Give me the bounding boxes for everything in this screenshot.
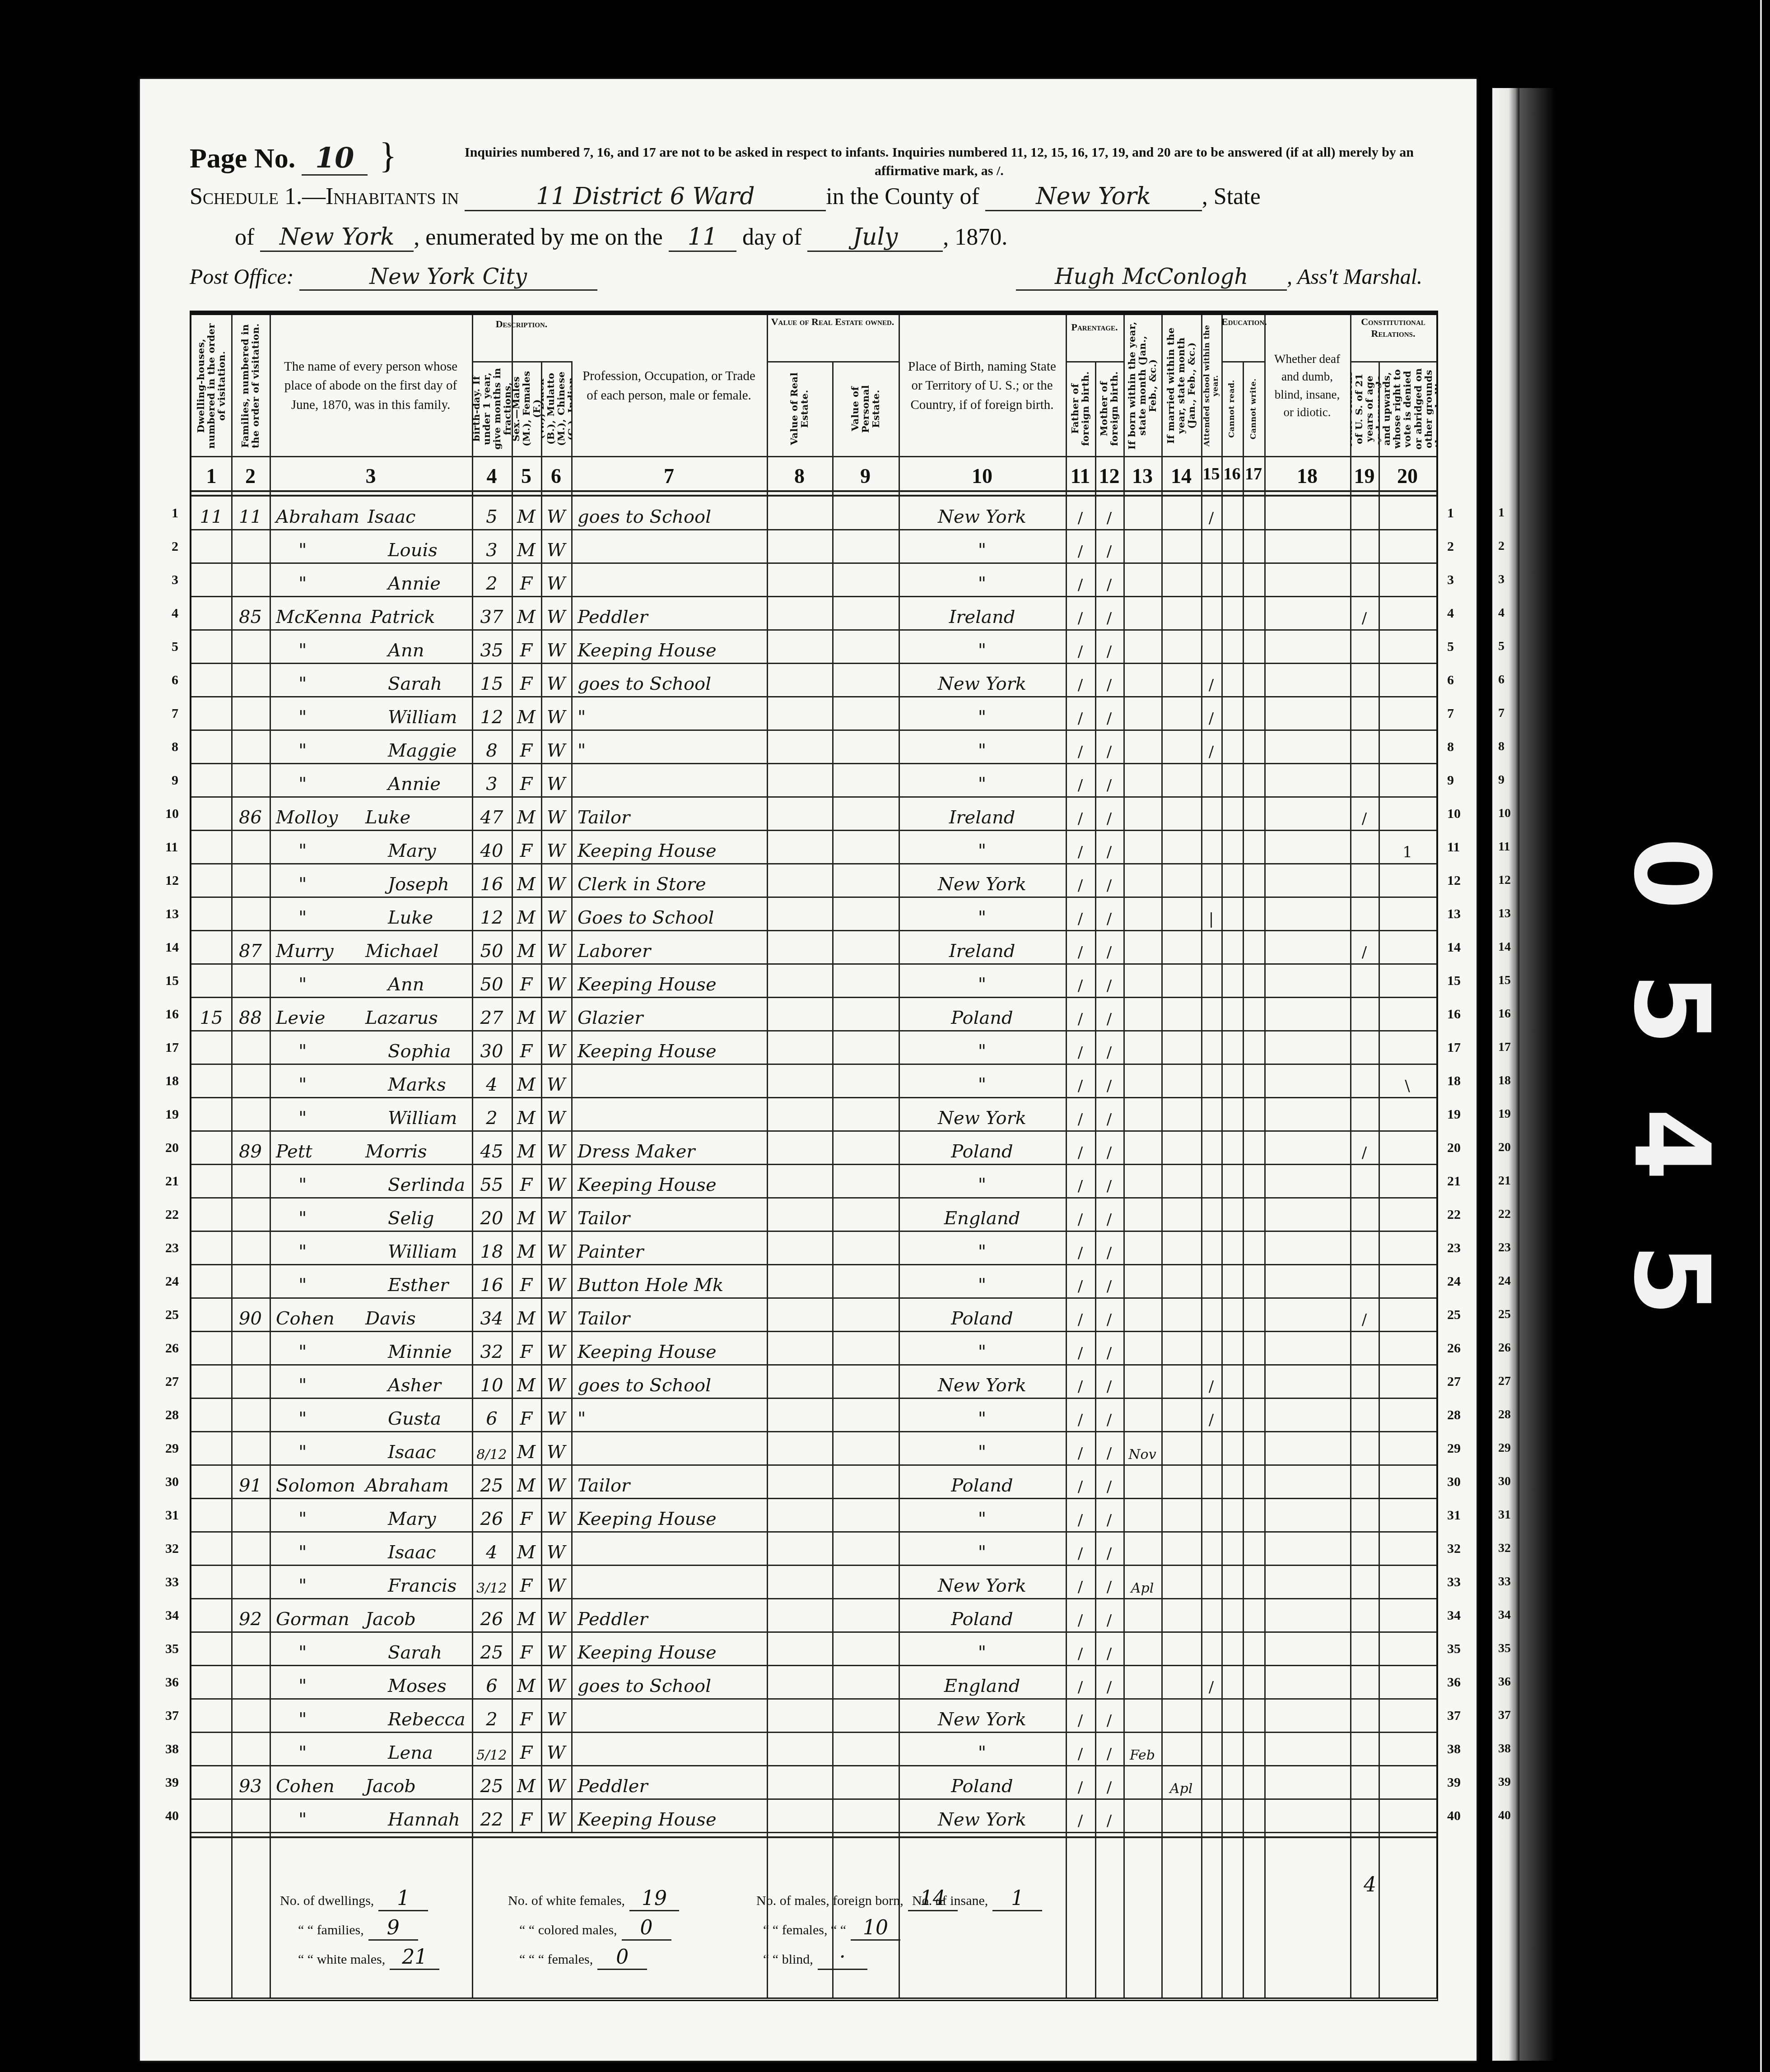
sex: F (512, 964, 541, 998)
column-number-6: 6 (541, 464, 571, 488)
color: W (541, 1365, 571, 1398)
age: 3 (472, 764, 512, 797)
citizen-mark: / (1350, 797, 1379, 831)
occupation: Keeping House (571, 1165, 767, 1198)
mother-foreign-mark: / (1095, 1031, 1123, 1064)
sex: F (512, 1566, 541, 1599)
surname: " (276, 1642, 380, 1663)
column-header-10: Place of Birth, naming State or Territor… (899, 317, 1066, 454)
dwelling-number (191, 1566, 231, 1599)
summary-label-text: No. of dwellings, (280, 1893, 374, 1908)
line-number-right: 14 (1447, 940, 1461, 955)
birthplace: Ireland (899, 931, 1066, 964)
line-number-left: 36 (165, 1675, 179, 1690)
citizen-mark (1350, 1499, 1379, 1532)
mother-foreign-mark: / (1095, 831, 1123, 864)
vote-denied-mark (1379, 630, 1436, 664)
line-number-left: 32 (165, 1541, 179, 1556)
family-number (231, 1398, 270, 1432)
age: 45 (472, 1131, 512, 1165)
color: W (541, 1098, 571, 1131)
line-number-right: 17 (1447, 1040, 1461, 1055)
mother-foreign-mark: / (1095, 1265, 1123, 1298)
sex: F (512, 1165, 541, 1198)
color: W (541, 1398, 571, 1432)
father-foreign-mark: / (1066, 1499, 1095, 1532)
color: W (541, 1432, 571, 1465)
father-foreign-mark: / (1066, 530, 1095, 563)
line-number-left: 8 (172, 739, 178, 755)
mother-foreign-mark: / (1095, 1365, 1123, 1398)
adjacent-page-line-number: 28 (1498, 1408, 1511, 1422)
occupation: goes to School (571, 1666, 767, 1699)
color: W (541, 1666, 571, 1699)
family-number (231, 1799, 270, 1833)
line-number-left: 20 (165, 1140, 179, 1156)
given-name: Sarah (388, 1642, 442, 1663)
occupation: Goes to School (571, 897, 767, 931)
age: 8 (472, 730, 512, 764)
line-number-right: 21 (1447, 1174, 1461, 1189)
vote-denied-mark (1379, 1165, 1436, 1198)
occupation: Keeping House (571, 831, 767, 864)
age: 12 (472, 897, 512, 931)
family-number (231, 1231, 270, 1265)
given-name: Selig (388, 1208, 434, 1229)
surname: " (276, 674, 380, 694)
dwelling-number (191, 964, 231, 998)
family-number (231, 1064, 270, 1098)
occupation: Tailor (571, 1198, 767, 1231)
adjacent-page-line-number: 2 (1498, 539, 1504, 553)
married-month (1161, 697, 1201, 730)
family-number (231, 864, 270, 897)
table-row: "Sarah15FWgoes to SchoolNew York/// (0, 664, 1770, 697)
color: W (541, 530, 571, 563)
born-month (1123, 530, 1161, 563)
person-name: "Louis (270, 530, 472, 563)
citizen-mark (1350, 1165, 1379, 1198)
married-month (1161, 1666, 1201, 1699)
given-name: Maggie (388, 740, 456, 761)
parentage-group-header: Parentage. (1066, 321, 1123, 333)
dwelling-number (191, 630, 231, 664)
birthplace: " (899, 1632, 1066, 1666)
adjacent-page-line-number: 40 (1498, 1808, 1511, 1823)
line-number-right: 34 (1447, 1608, 1461, 1623)
adjacent-page-line-number: 24 (1498, 1274, 1511, 1288)
father-foreign-mark: / (1066, 1699, 1095, 1733)
father-foreign-mark: / (1066, 964, 1095, 998)
person-name: "Mary (270, 1499, 472, 1532)
born-month (1123, 563, 1161, 597)
father-foreign-mark: / (1066, 831, 1095, 864)
mother-foreign-mark: / (1095, 1098, 1123, 1131)
column-header-8: Value of Real Estate. (767, 363, 832, 454)
occupation: " (571, 697, 767, 730)
age: 22 (472, 1799, 512, 1833)
dwelling-number (191, 1499, 231, 1532)
given-name: Isaac (388, 1542, 436, 1563)
surname: " (276, 540, 380, 561)
line-number-right: 27 (1447, 1374, 1461, 1389)
sex: F (512, 764, 541, 797)
census-grid: Description.Value of Real Estate owned.P… (0, 0, 1770, 2072)
family-number (231, 530, 270, 563)
column-header-13: If born within the year, state month (Ja… (1123, 317, 1161, 454)
age: 37 (472, 597, 512, 630)
given-name: William (388, 1108, 457, 1129)
person-name: AbrahamIsaac (270, 497, 472, 530)
given-name: William (388, 1241, 457, 1262)
age: 16 (472, 864, 512, 897)
surname: " (276, 841, 380, 861)
married-month (1161, 1231, 1201, 1265)
married-month (1161, 1733, 1201, 1766)
vote-denied-mark (1379, 1799, 1436, 1833)
sex: F (512, 1332, 541, 1365)
column-number-14: 14 (1161, 464, 1201, 488)
married-month (1161, 1031, 1201, 1064)
married-month (1161, 1131, 1201, 1165)
vote-denied-mark (1379, 1031, 1436, 1064)
birthplace: " (899, 764, 1066, 797)
occupation (571, 1098, 767, 1131)
column-number-15: 15 (1201, 464, 1221, 484)
birthplace: " (899, 1733, 1066, 1766)
person-name: "Mary (270, 831, 472, 864)
father-foreign-mark: / (1066, 1465, 1095, 1499)
mother-foreign-mark: / (1095, 1131, 1123, 1165)
family-number (231, 630, 270, 664)
adjacent-page-line-number: 34 (1498, 1608, 1511, 1622)
married-month (1161, 931, 1201, 964)
born-month (1123, 1365, 1161, 1398)
column-header-18-label: Whether deaf and dumb, blind, insane, or… (1264, 350, 1350, 421)
line-number-left: 22 (165, 1207, 179, 1222)
table-row: "Ann35FWKeeping House"// (0, 630, 1770, 664)
summary-label-text: “ “ “ females, (519, 1952, 593, 1967)
school-mark (1201, 1064, 1221, 1098)
born-month (1123, 764, 1161, 797)
given-name: Joseph (388, 874, 449, 895)
married-month (1161, 1566, 1201, 1599)
school-mark (1201, 1632, 1221, 1666)
sex: M (512, 1432, 541, 1465)
family-number (231, 1532, 270, 1566)
father-foreign-mark: / (1066, 730, 1095, 764)
given-name: Jacob (365, 1609, 416, 1630)
father-foreign-mark: / (1066, 1298, 1095, 1332)
color: W (541, 864, 571, 897)
vote-denied-mark (1379, 897, 1436, 931)
color: W (541, 1265, 571, 1298)
line-number-right: 26 (1447, 1341, 1461, 1356)
born-month: Apl (1123, 1566, 1161, 1599)
given-name: Hannah (388, 1809, 460, 1830)
line-number-right: 13 (1447, 906, 1461, 922)
age: 5/12 (472, 1733, 512, 1766)
given-name: Francis (388, 1575, 456, 1596)
school-mark (1201, 1098, 1221, 1131)
birthplace: " (899, 630, 1066, 664)
adjacent-page-line-number: 10 (1498, 806, 1511, 821)
father-foreign-mark: / (1066, 1432, 1095, 1465)
born-month (1123, 831, 1161, 864)
age: 3/12 (472, 1566, 512, 1599)
adjacent-page-line-number: 9 (1498, 773, 1504, 787)
column-number-2: 2 (231, 464, 270, 488)
birthplace: " (899, 831, 1066, 864)
adjacent-page-line-number: 5 (1498, 639, 1504, 654)
mother-foreign-mark: / (1095, 697, 1123, 730)
line-number-right: 40 (1447, 1808, 1461, 1824)
vote-denied-mark (1379, 1465, 1436, 1499)
person-name: "Serlinda (270, 1165, 472, 1198)
vote-denied-mark (1379, 964, 1436, 998)
column-number-7: 7 (571, 464, 767, 488)
family-number (231, 1632, 270, 1666)
sex: M (512, 1532, 541, 1566)
line-number-left: 23 (165, 1240, 179, 1256)
given-name: Asher (388, 1375, 441, 1396)
summary-value: 0 (622, 1916, 671, 1941)
surname: Levie (276, 1008, 357, 1028)
family-number (231, 563, 270, 597)
sex: M (512, 1365, 541, 1398)
birthplace: " (899, 1432, 1066, 1465)
citizen-mark: / (1350, 1298, 1379, 1332)
person-name: "Asher (270, 1365, 472, 1398)
dwelling-number (191, 864, 231, 897)
line-number-left: 21 (165, 1174, 179, 1189)
age: 12 (472, 697, 512, 730)
occupation (571, 1733, 767, 1766)
adjacent-page-line-number: 33 (1498, 1575, 1511, 1589)
line-number-left: 30 (165, 1474, 179, 1490)
age: 2 (472, 1098, 512, 1131)
dwelling-number (191, 1064, 231, 1098)
description-underline (472, 361, 571, 362)
school-mark: / (1201, 730, 1221, 764)
real-estate-underline (767, 361, 899, 362)
birthplace: New York (899, 1799, 1066, 1833)
family-number (231, 664, 270, 697)
color: W (541, 897, 571, 931)
father-foreign-mark: / (1066, 931, 1095, 964)
adjacent-page-line-number: 12 (1498, 873, 1511, 887)
married-month (1161, 630, 1201, 664)
line-number-right: 10 (1447, 806, 1461, 822)
person-name: "Sarah (270, 664, 472, 697)
father-foreign-mark: / (1066, 1064, 1095, 1098)
school-mark (1201, 630, 1221, 664)
summary-value: 9 (368, 1916, 418, 1941)
surname: " (276, 1342, 380, 1362)
age: 6 (472, 1666, 512, 1699)
person-name: "Ann (270, 964, 472, 998)
color: W (541, 1031, 571, 1064)
mother-foreign-mark: / (1095, 1465, 1123, 1499)
column-header-14-label: If married within the year, state month … (1165, 321, 1197, 451)
sex: M (512, 497, 541, 530)
column-header-6: Color.—White (W.), Black (B.), Mulatto (… (541, 363, 571, 454)
line-number-right: 18 (1447, 1073, 1461, 1089)
occupation (571, 1532, 767, 1566)
sex: F (512, 1031, 541, 1064)
column-header-17: Cannot write. (1243, 363, 1264, 454)
given-name: Patrick (370, 607, 435, 627)
family-number (231, 1098, 270, 1131)
line-number-left: 17 (165, 1040, 179, 1055)
surname: " (276, 874, 380, 895)
mother-foreign-mark: / (1095, 530, 1123, 563)
sex: F (512, 563, 541, 597)
birthplace: England (899, 1198, 1066, 1231)
birthplace: " (899, 730, 1066, 764)
vote-denied-mark (1379, 1231, 1436, 1265)
adjacent-page-line-number: 39 (1498, 1775, 1511, 1789)
line-number-right: 22 (1447, 1207, 1461, 1222)
mother-foreign-mark: / (1095, 1198, 1123, 1231)
person-name: "Sarah (270, 1632, 472, 1666)
vote-denied-mark (1379, 1733, 1436, 1766)
given-name: Gusta (388, 1408, 441, 1429)
school-mark (1201, 597, 1221, 630)
mother-foreign-mark: / (1095, 1231, 1123, 1265)
adjacent-page-line-number: 19 (1498, 1107, 1511, 1121)
born-month (1123, 597, 1161, 630)
column-number-1: 1 (191, 464, 231, 488)
family-number (231, 1499, 270, 1532)
line-number-left: 6 (172, 673, 178, 688)
given-name: Ann (388, 974, 424, 995)
given-name: Davis (365, 1308, 416, 1329)
surname: McKenna (276, 607, 362, 627)
dwelling-number (191, 1733, 231, 1766)
table-row: "Annie2FW"// (0, 563, 1770, 597)
citizen-mark (1350, 630, 1379, 664)
column-header-5-label: Sex.—Males (M.), Females (F.) (512, 367, 541, 451)
given-name: Jacob (365, 1776, 416, 1797)
mother-foreign-mark: / (1095, 764, 1123, 797)
given-name: Moses (388, 1676, 447, 1696)
column-header-9-label: Value of Personal Estate. (850, 367, 881, 451)
school-mark (1201, 1799, 1221, 1833)
occupation: Keeping House (571, 1332, 767, 1365)
column-header-8-label: Value of Real Estate. (789, 367, 810, 451)
father-foreign-mark: / (1066, 797, 1095, 831)
mother-foreign-mark: / (1095, 1599, 1123, 1632)
age: 2 (472, 563, 512, 597)
birthplace: " (899, 697, 1066, 730)
citizen-mark (1350, 1231, 1379, 1265)
school-mark (1201, 1566, 1221, 1599)
age: 10 (472, 1365, 512, 1398)
dwelling-number (191, 530, 231, 563)
line-number-right: 30 (1447, 1474, 1461, 1490)
born-month (1123, 1265, 1161, 1298)
citizen-mark (1350, 1265, 1379, 1298)
age: 26 (472, 1499, 512, 1532)
person-name: CohenDavis (270, 1298, 472, 1332)
vote-denied-mark (1379, 1298, 1436, 1332)
dwelling-number (191, 1098, 231, 1131)
sex: F (512, 630, 541, 664)
surname: " (276, 1809, 380, 1830)
citizen-mark (1350, 1666, 1379, 1699)
born-month (1123, 1499, 1161, 1532)
given-name: Annie (388, 774, 441, 794)
dwelling-number (191, 797, 231, 831)
married-month (1161, 1298, 1201, 1332)
father-foreign-mark: / (1066, 1198, 1095, 1231)
vote-denied-mark (1379, 1532, 1436, 1566)
color: W (541, 998, 571, 1031)
line-number-left: 27 (165, 1374, 179, 1389)
given-name: Serlinda (388, 1175, 465, 1195)
age: 15 (472, 664, 512, 697)
dwelling-number (191, 1365, 231, 1398)
column-number-13: 13 (1123, 464, 1161, 488)
given-name: Michael (365, 941, 438, 962)
vote-denied-mark (1379, 797, 1436, 831)
column-header-16-label: Cannot read. (1228, 380, 1236, 438)
married-month (1161, 1499, 1201, 1532)
born-month (1123, 730, 1161, 764)
adjacent-page-line-number: 18 (1498, 1073, 1511, 1088)
citizen-mark (1350, 497, 1379, 530)
summary-label-text: “ “ white males, (298, 1952, 385, 1967)
school-mark: / (1201, 497, 1221, 530)
summary-value: 10 (851, 1916, 900, 1941)
line-number-left: 34 (165, 1608, 179, 1623)
sex: F (512, 1699, 541, 1733)
person-name: "William (270, 697, 472, 730)
married-month (1161, 764, 1201, 797)
dwelling-number (191, 1632, 231, 1666)
family-number (231, 697, 270, 730)
family-number (231, 831, 270, 864)
vote-denied-mark (1379, 998, 1436, 1031)
given-name: Mary (388, 841, 436, 861)
school-mark (1201, 1532, 1221, 1566)
married-month (1161, 530, 1201, 563)
table-row: "Maggie8FW""/// (0, 730, 1770, 764)
occupation (571, 563, 767, 597)
given-name: Luke (365, 807, 410, 828)
married-month (1161, 730, 1201, 764)
surname: " (276, 774, 380, 794)
parentage-underline (1066, 361, 1123, 362)
father-foreign-mark: / (1066, 1733, 1095, 1766)
adjacent-page-line-number: 31 (1498, 1508, 1511, 1522)
father-foreign-mark: / (1066, 497, 1095, 530)
surname: " (276, 1408, 380, 1429)
born-month (1123, 1298, 1161, 1332)
occupation (571, 530, 767, 563)
married-month (1161, 831, 1201, 864)
vote-denied-mark (1379, 1332, 1436, 1365)
school-mark: / (1201, 1365, 1221, 1398)
family-number (231, 1031, 270, 1064)
sex: M (512, 1599, 541, 1632)
line-number-left: 39 (165, 1775, 179, 1790)
surname: " (276, 1275, 380, 1296)
vote-denied-mark (1379, 1432, 1436, 1465)
summary-label-text: “ “ blind, (763, 1952, 813, 1967)
given-name: Sarah (388, 674, 442, 694)
